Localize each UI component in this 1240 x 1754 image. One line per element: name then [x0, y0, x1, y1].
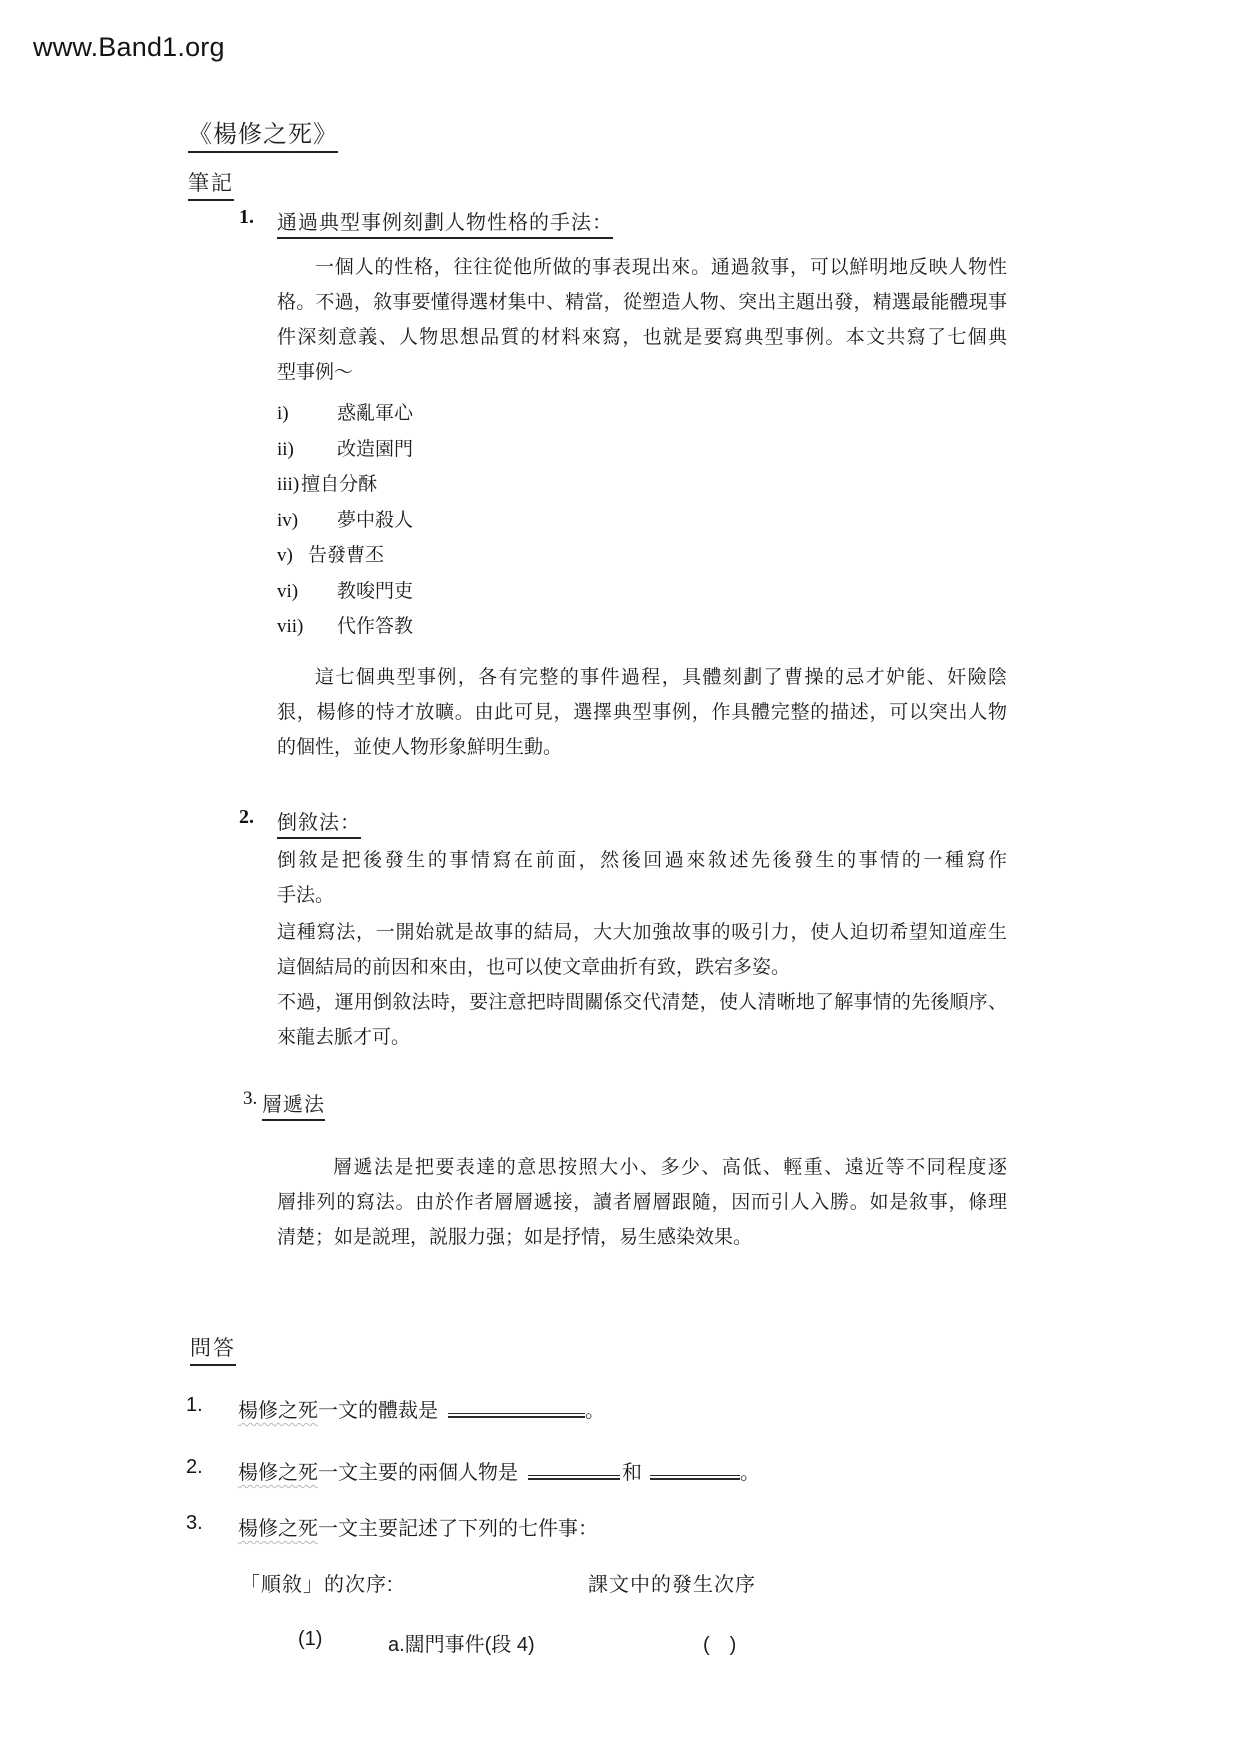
question-subject: 楊修之死 [238, 1518, 318, 1540]
paragraph-line: 這七個典型事例，各有完整的事件過程，具體刻劃了曹操的忌才妒能、奸險陰 [277, 660, 1007, 695]
paragraph-line: 清楚；如是説理，説服力强；如是抒情，易生感染效果。 [277, 1220, 1007, 1255]
question-3-number: 3. [186, 1512, 203, 1535]
section-2-heading-row: 2. 倒敘法： [0, 806, 1240, 842]
section-1-number: 1. [239, 206, 254, 229]
question-2-text: 楊修之死一文主要的兩個人物是和。 [238, 1456, 760, 1485]
list-item: i)惑亂軍心 [277, 398, 777, 434]
paragraph-line: 這個結局的前因和來由，也可以使文章曲折有致，跌宕多姿。 [277, 950, 1007, 985]
question-3: 3. 楊修之死一文主要記述了下列的七件事： [0, 1512, 1240, 1548]
order-number-cell: (1) [298, 1628, 322, 1651]
section-1-paragraph-1: 一個人的性格，往往從他所做的事表現出來。通過敘事，可以鮮明地反映人物性 格。不過… [277, 250, 1007, 390]
section-3-paragraph-1: 層遞法是把要表達的意思按照大小、多少、高低、輕重、遠近等不同程度逐 層排列的寫法… [277, 1150, 1007, 1255]
list-item: vi)教唆門吏 [277, 576, 777, 612]
notes-heading: 筆記 [188, 167, 234, 201]
paragraph-line: 這種寫法，一開始就是故事的結局，大大加強故事的吸引力，使人迫切希望知道産生 [277, 915, 1007, 950]
list-item: ii)改造園門 [277, 434, 777, 470]
list-item-marker: iv) [277, 510, 337, 532]
list-item-marker: ii) [277, 439, 337, 461]
paragraph-line: 型事例～ [277, 355, 1007, 390]
site-url: www.Band1.org [33, 32, 225, 63]
page-title: 《楊修之死》 [188, 114, 338, 153]
paragraph-line: 一個人的性格，往往從他所做的事表現出來。通過敘事，可以鮮明地反映人物性 [277, 250, 1007, 285]
paragraph-line: 格。不過，敘事要懂得選材集中、精當，從塑造人物、突出主題出發，精選最能體現事 [277, 285, 1007, 320]
paragraph-line: 的個性，並使人物形象鮮明生動。 [277, 730, 1007, 765]
list-item-marker: vii) [277, 616, 337, 638]
list-item: iii)擅自分酥 [277, 469, 777, 505]
section-2-heading: 倒敘法： [277, 806, 361, 839]
question-3-text: 楊修之死一文主要記述了下列的七件事： [238, 1512, 598, 1541]
question-1-number: 1. [186, 1394, 203, 1417]
sequence-column-header: 「順敘」的次序: [240, 1568, 394, 1597]
list-item-label: 擅自分酥 [301, 474, 377, 495]
section-2-paragraph-2: 這種寫法，一開始就是故事的結局，大大加強故事的吸引力，使人迫切希望知道産生 這個… [277, 915, 1007, 985]
sequence-table-row: (1) a.闊門事件(段 4) ( ) [0, 1628, 1240, 1662]
question-subject: 楊修之死 [238, 1400, 318, 1422]
event-cell: a.闊門事件(段 4) [388, 1628, 535, 1657]
section-3-heading-row: 3. 層遞法 [0, 1088, 1240, 1124]
section-3-heading: 層遞法 [262, 1088, 325, 1121]
question-text-after-blank: 。 [740, 1462, 760, 1484]
question-subject: 楊修之死 [238, 1462, 318, 1484]
list-item-marker: v) [277, 545, 308, 567]
list-item-label: 改造園門 [337, 439, 413, 460]
list-item-label: 教唆門吏 [337, 581, 413, 602]
list-item-marker: vi) [277, 581, 337, 603]
paragraph-line: 層排列的寫法。由於作者層層遞接，讀者層層跟隨，因而引人入勝。如是敘事，條理 [277, 1185, 1007, 1220]
answer-blank [650, 1475, 740, 1480]
answer-blank [448, 1413, 585, 1418]
list-item-label: 夢中殺人 [337, 510, 413, 531]
paragraph-line: 倒敘是把後發生的事情寫在前面，然後回過來敘述先後發生的事情的一種寫作 [277, 843, 1007, 878]
list-item-label: 告發曹丕 [308, 545, 384, 566]
question-1: 1. 楊修之死一文的體裁是。 [0, 1394, 1240, 1430]
paragraph-line: 來龍去脈才可。 [277, 1020, 1007, 1055]
answer-parentheses: ( ) [703, 1628, 736, 1657]
section-2-paragraph-1: 倒敘是把後發生的事情寫在前面，然後回過來敘述先後發生的事情的一種寫作 手法。 [277, 843, 1007, 913]
list-item-label: 代作答教 [337, 616, 413, 637]
question-text-before-blank: 一文主要的兩個人物是 [318, 1462, 518, 1484]
question-text-before-blank: 一文的體裁是 [318, 1400, 438, 1422]
section-1-heading-row: 1. 通過典型事例刻劃人物性格的手法： [0, 206, 1240, 242]
qa-heading: 問答 [190, 1332, 236, 1366]
paragraph-line: 不過，運用倒敘法時，要注意把時間關係交代清楚，使人清晰地了解事情的先後順序、 [277, 985, 1007, 1020]
section-3-number: 3. [243, 1088, 257, 1110]
list-item-marker: iii) [277, 474, 299, 496]
paragraph-line: 狠，楊修的恃才放曠。由此可見，選擇典型事例，作具體完整的描述，可以突出人物 [277, 695, 1007, 730]
section-2-paragraph-3: 不過，運用倒敘法時，要注意把時間關係交代清楚，使人清晰地了解事情的先後順序、 來… [277, 985, 1007, 1055]
question-2-number: 2. [186, 1456, 203, 1479]
paragraph-line: 層遞法是把要表達的意思按照大小、多少、高低、輕重、遠近等不同程度逐 [277, 1150, 1007, 1185]
section-1-paragraph-2: 這七個典型事例，各有完整的事件過程，具體刻劃了曹操的忌才妒能、奸險陰 狠，楊修的… [277, 660, 1007, 765]
question-connector: 和 [622, 1462, 642, 1484]
list-item: vii)代作答教 [277, 611, 777, 647]
question-2: 2. 楊修之死一文主要的兩個人物是和。 [0, 1456, 1240, 1492]
question-text-after-blank: 。 [585, 1400, 605, 1422]
list-item-label: 惑亂軍心 [337, 403, 413, 424]
section-1-heading: 通過典型事例刻劃人物性格的手法： [277, 206, 613, 239]
list-item-marker: i) [277, 403, 337, 425]
answer-blank [528, 1475, 620, 1480]
section-2-number: 2. [239, 806, 254, 829]
paragraph-line: 手法。 [277, 878, 1007, 913]
list-item: iv)夢中殺人 [277, 505, 777, 541]
question-text: 一文主要記述了下列的七件事： [318, 1518, 598, 1540]
occurrence-column-header: 課文中的發生次序 [588, 1568, 756, 1597]
list-item: v)告發曹丕 [277, 540, 777, 576]
question-1-text: 楊修之死一文的體裁是。 [238, 1394, 605, 1423]
paragraph-line: 件深刻意義、人物思想品質的材料來寫，也就是要寫典型事例。本文共寫了七個典 [277, 320, 1007, 355]
typical-examples-list: i)惑亂軍心 ii)改造園門 iii)擅自分酥 iv)夢中殺人 v)告發曹丕 v… [277, 398, 777, 647]
